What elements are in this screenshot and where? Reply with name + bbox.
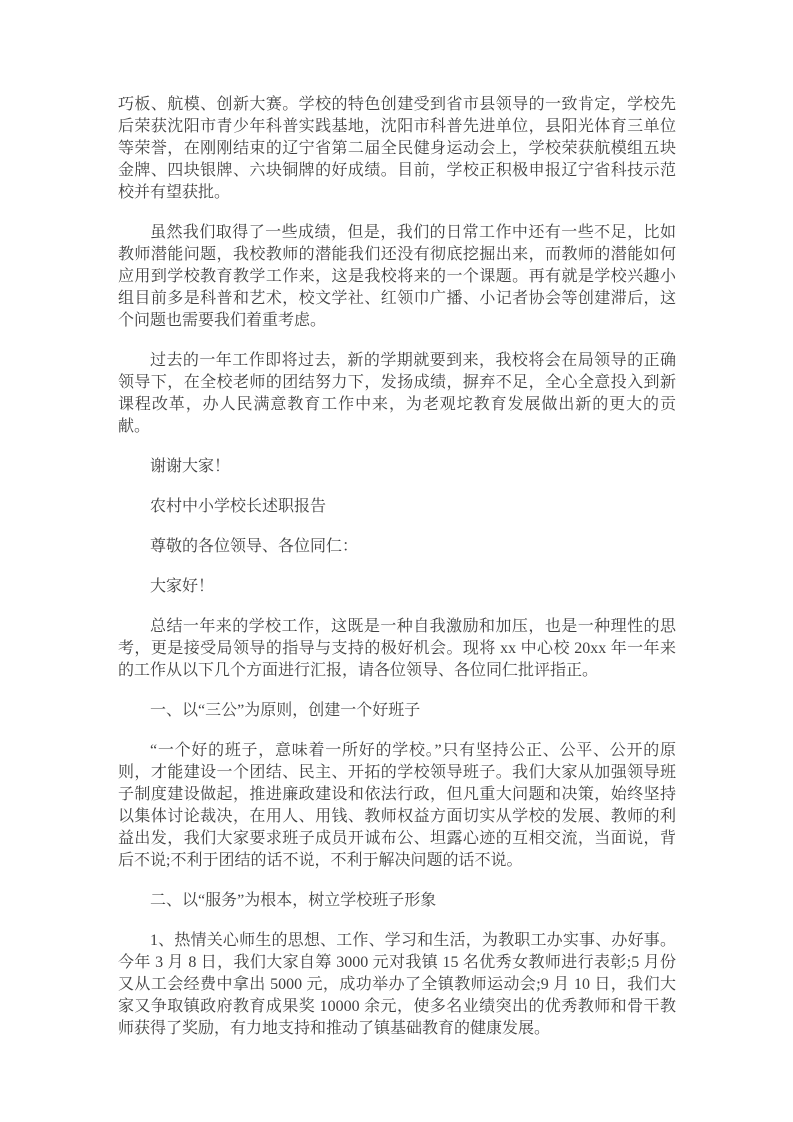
salutation: 尊敬的各位领导、各位同仁： bbox=[118, 536, 676, 558]
section-heading-one: 一、以“三公”为原则，创建一个好班子 bbox=[118, 700, 676, 722]
paragraph-summary-intro: 总结一年来的学校工作，这既是一种自我激励和加压，也是一种理性的思考，更是接受局领… bbox=[118, 616, 676, 682]
document-page: 巧板、航模、创新大赛。学校的特色创建受到省市县领导的一致肯定，学校先后荣获沈阳市… bbox=[0, 0, 793, 1122]
paragraph-outlook: 过去的一年工作即将过去，新的学期就要到来，我校将会在局领导的正确领导下，在全校老… bbox=[118, 350, 676, 438]
paragraph-section-two-item-1: 1、热情关心师生的思想、工作、学习和生活，为教职工办实事、办好事。今年 3 月 … bbox=[118, 930, 676, 1040]
closing-thanks: 谢谢大家！ bbox=[118, 456, 676, 478]
paragraph-section-one-body: “一个好的班子，意味着一所好的学校。”只有坚持公正、公平、公开的原则，才能建设一… bbox=[118, 740, 676, 872]
section-heading-two: 二、以“服务”为根本，树立学校班子形象 bbox=[118, 890, 676, 912]
report-title: 农村中小学校长述职报告 bbox=[118, 496, 676, 518]
paragraph-shortcomings: 虽然我们取得了一些成绩，但是，我们的日常工作中还有一些不足，比如教师潜能问题，我… bbox=[118, 222, 676, 332]
greeting: 大家好！ bbox=[118, 576, 676, 598]
paragraph-achievements-continued: 巧板、航模、创新大赛。学校的特色创建受到省市县领导的一致肯定，学校先后荣获沈阳市… bbox=[118, 94, 676, 204]
